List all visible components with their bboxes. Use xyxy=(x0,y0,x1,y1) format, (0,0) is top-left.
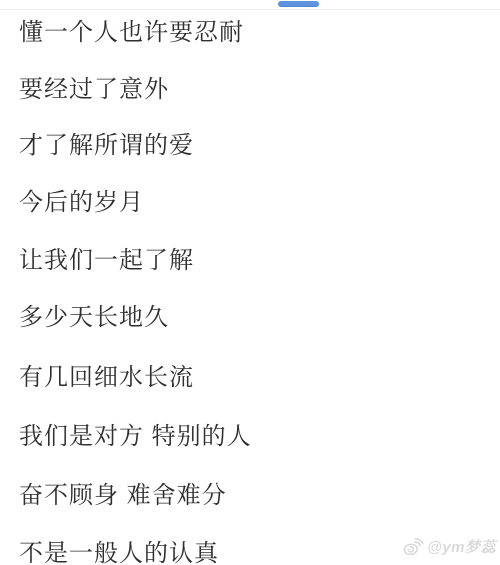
lyric-line: 要经过了意外 xyxy=(19,77,169,103)
lyric-line: 今后的岁月 xyxy=(19,190,144,216)
watermark-text: @ym梦蕊 xyxy=(427,536,496,557)
lyric-line: 我们是对方 特别的人 xyxy=(19,424,252,450)
weibo-logo-icon xyxy=(402,538,424,556)
screen: 懂一个人也许要忍耐 要经过了意外 才了解所谓的爱 今后的岁月 让我们一起了解 多… xyxy=(0,0,500,565)
lyric-line: 有几回细水长流 xyxy=(19,365,194,391)
watermark: @ym梦蕊 xyxy=(402,536,496,557)
lyric-line: 才了解所谓的爱 xyxy=(19,133,194,159)
lyric-line: 懂一个人也许要忍耐 xyxy=(19,20,244,46)
lyric-line: 让我们一起了解 xyxy=(19,248,194,274)
lyric-line: 不是一般人的认真 xyxy=(19,541,219,565)
lyric-line: 奋不顾身 难舍难分 xyxy=(19,483,227,509)
lyric-line: 多少天长地久 xyxy=(19,305,169,331)
lyrics: 懂一个人也许要忍耐 要经过了意外 才了解所谓的爱 今后的岁月 让我们一起了解 多… xyxy=(0,0,500,565)
